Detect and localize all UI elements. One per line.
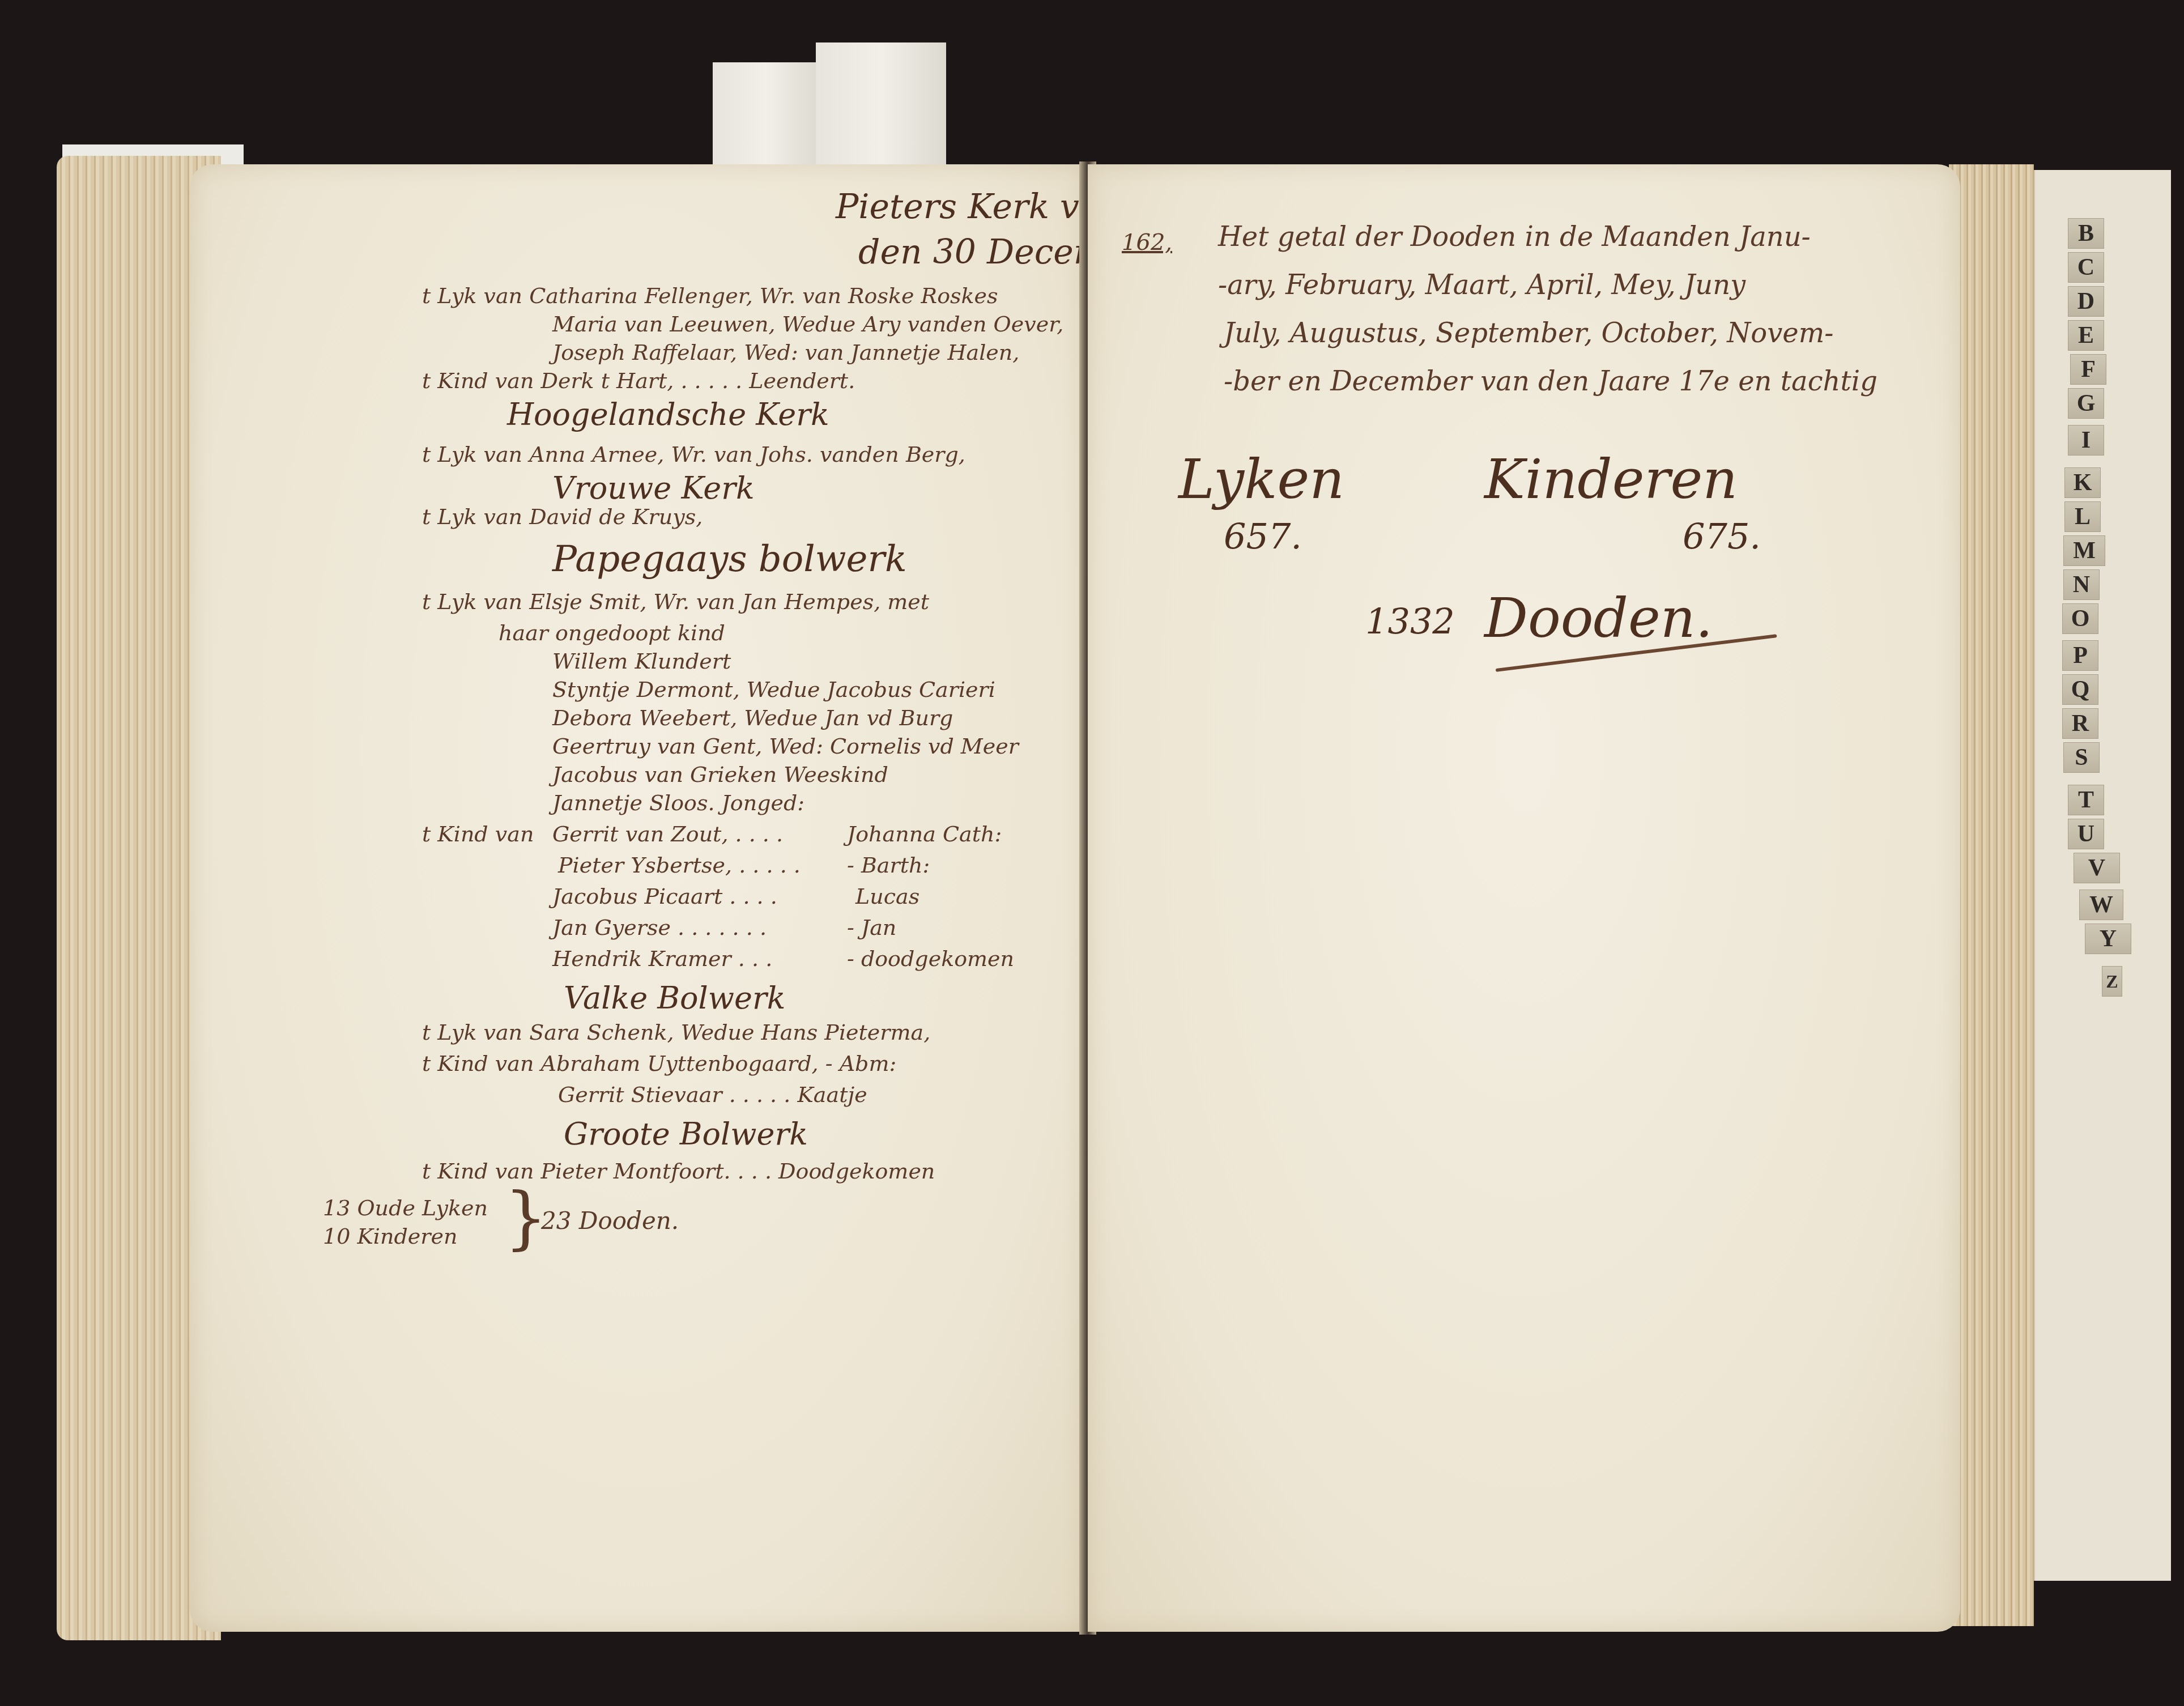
entry: Geertruy van Gent, Wed: Cornelis vd Meer [552,734,1019,759]
index-tab-m[interactable]: M [2063,535,2105,566]
entry: Jannetje Sloos. Jonged: [552,790,804,815]
index-tab-f[interactable]: F [2070,354,2106,385]
index-tab-b[interactable]: B [2068,218,2104,249]
church-heading: Vrouwe Kerk [552,470,755,506]
entry: Willem Klundert [552,649,731,674]
children-prefix: t Kind van [422,822,534,846]
index-tab-y[interactable]: Y [2085,924,2131,954]
index-tab-t[interactable]: T [2068,785,2104,815]
index-tab-q[interactable]: Q [2062,674,2098,705]
church-heading: Valke Bolwerk [564,980,786,1016]
index-tab-d[interactable]: D [2068,286,2104,317]
page-number: 162, [1122,229,1172,256]
summary-oude-lyken: 13 Oude Lyken [323,1196,488,1220]
index-tab-u[interactable]: U [2068,819,2104,849]
child-father: Hendrik Kramer . . . [552,946,772,971]
entry: t Lyk van Sara Schenk, Wedue Hans Pieter… [422,1020,930,1045]
header-line: -ber en December van den Jaare 17e en ta… [1224,365,1878,397]
entry: t Lyk van David de Kruys, [422,504,703,529]
dooden-value: 1332 [1365,601,1455,642]
index-tab-p[interactable]: P [2062,640,2098,671]
child-father: Jan Gyerse . . . . . . . [552,915,767,940]
church-heading: Papegaays bolwerk [552,538,907,580]
entry: Joseph Raffelaar, Wed: van Jannetje Hale… [552,340,1019,365]
child-father: Jacobus Picaart . . . . [552,884,777,909]
index-tab-o[interactable]: O [2062,603,2098,634]
index-tab-k[interactable]: K [2064,467,2101,498]
entry: t Lyk van Anna Arnee, Wr. van Johs. vand… [422,442,965,467]
lyken-label: Lyken [1178,448,1344,511]
church-heading: Groote Bolwerk [564,1116,808,1152]
index-tab-r[interactable]: R [2062,708,2098,739]
header-line: July, Augustus, September, October, Nove… [1224,317,1833,349]
dooden-label: Dooden. [1484,586,1713,650]
kinderen-label: Kinderen [1484,448,1738,511]
index-tab-v[interactable]: V [2074,853,2120,883]
entry: Styntje Dermont, Wedue Jacobus Carieri [552,677,995,702]
entry: haar ongedoopt kind [499,620,725,645]
index-tab-n[interactable]: N [2063,569,2100,600]
entry: t Lyk van Catharina Fellenger, Wr. van R… [422,283,998,308]
index-tab-s[interactable]: S [2063,742,2100,773]
lyken-value: 657. [1224,516,1302,557]
entry: t Kind van Derk t Hart, . . . . . Leende… [422,368,855,393]
summary-total: 23 Dooden. [541,1207,679,1235]
child-father: Pieter Ysbertse, . . . . . [558,853,801,878]
header-line: -ary, February, Maart, April, Mey, Juny [1218,269,1746,301]
child-name: Lucas [855,884,919,909]
entry: Maria van Leeuwen, Wedue Ary vanden Oeve… [552,312,1063,337]
index-tab-i[interactable]: I [2068,425,2104,456]
right-page: 162, Het getal der Dooden in de Maanden … [1088,164,1960,1632]
index-tab-w[interactable]: W [2079,890,2123,920]
child-father: Gerrit van Zout, . . . . [552,822,783,846]
summary-kinderen: 10 Kinderen [323,1224,457,1249]
entry: t Lyk van Elsje Smit, Wr. van Jan Hempes… [422,589,929,614]
child-name: - Jan [847,915,896,940]
index-tab-c[interactable]: C [2068,252,2104,283]
entry: Gerrit Stievaar . . . . . Kaatje [558,1082,867,1107]
entry: t Kind van Pieter Montfoort. . . . Doodg… [422,1159,935,1184]
header-line: Het getal der Dooden in de Maanden Janu- [1218,221,1811,253]
left-page: Pieters Kerk van den 23 tot den 30 Decem… [190,164,1085,1632]
index-tab-g[interactable]: G [2068,388,2104,419]
index-tab-l[interactable]: L [2064,501,2101,532]
index-tab-z[interactable]: Z [2102,966,2122,997]
child-name: Johanna Cath: [847,822,1002,846]
child-name: - doodgekomen [847,946,1014,971]
entry: Jacobus van Grieken Weeskind [552,762,888,787]
church-heading: Hoogelandsche Kerk [507,397,829,432]
kinderen-value: 675. [1683,516,1761,557]
entry: Debora Weebert, Wedue Jan vd Burg [552,705,953,730]
entry: t Kind van Abraham Uyttenbogaard, - Abm: [422,1051,896,1076]
page-stack-right [1949,164,2034,1626]
index-tab-e[interactable]: E [2068,320,2104,351]
child-name: - Barth: [847,853,930,878]
